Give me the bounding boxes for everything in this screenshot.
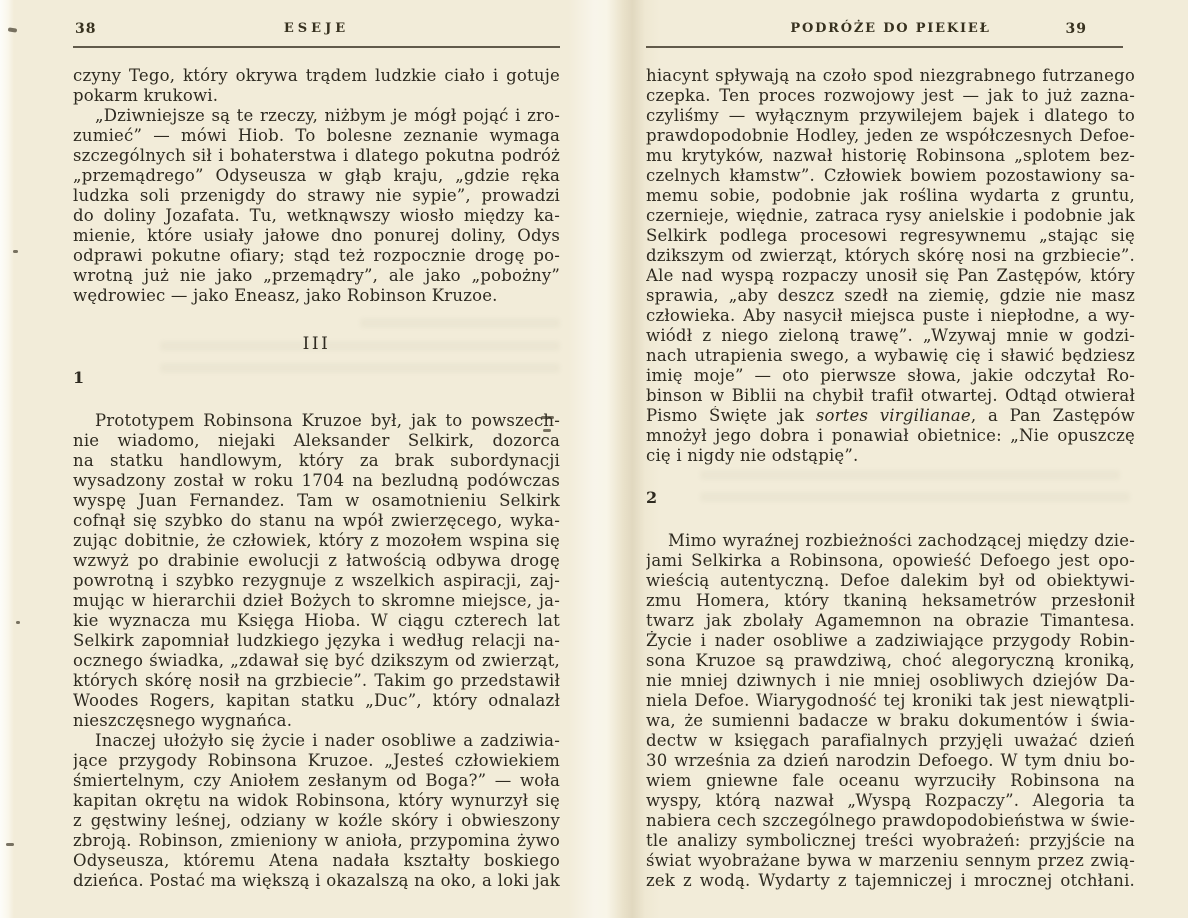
text-line: Selkirk zapomniał ludzkiego języka i wed… (73, 631, 560, 651)
header-rule-left (73, 46, 560, 48)
text-line: hiacynt spływają na czoło spod niezgrabn… (646, 66, 1135, 86)
text-line: cofnął się szybko do stanu na wpół zwier… (73, 511, 560, 531)
text-line: Ale nad wyspą rozpaczy unosił się Pan Za… (646, 266, 1135, 286)
text-line: binson w Biblii na chybił trafił otwarte… (646, 386, 1135, 406)
text-line: Prototypem Robinsona Kruzoe był, jak to … (73, 411, 560, 431)
text-line: świat wyobrażane bywa w marzeniu sennym … (646, 851, 1135, 871)
text-line: nie mniej dziwnych i nie mniej osobliwyc… (646, 671, 1135, 691)
text-line: sprawia, „aby deszcz szedł na ziemię, gd… (646, 286, 1135, 306)
running-header-left: 38 ESEJE (73, 21, 560, 43)
running-head-right: PODRÓŻE DO PIEKIEŁ (646, 21, 1135, 36)
text-line: Życie i nader osobliwe a zadziwiające pr… (646, 631, 1135, 651)
text-line: prawdopodobnie Hodley, jeden ze współcze… (646, 126, 1135, 146)
scan-speck (6, 843, 14, 846)
text-line: mienie, które usiały jałowe dno ponurej … (73, 226, 560, 246)
text-line: powrotną i szybko rezygnuje z wszelkich … (73, 571, 560, 591)
text-line: sona Kruzoe są prawdziwą, choć alegorycz… (646, 651, 1135, 671)
text-line: cię i nigdy nie odstąpię”. (646, 446, 1135, 466)
text-line: czernieje, więdnie, zatraca rysy anielsk… (646, 206, 1135, 226)
text-line: nieszczęsnego wygnańca. (73, 711, 560, 731)
text-line: Selkirk podlega procesowi regresywnemu „… (646, 226, 1135, 246)
text-line: tle analizy symbolicznej treści wyobraże… (646, 831, 1135, 851)
page-39: PODRÓŻE DO PIEKIEŁ 39 hiacynt spływają n… (646, 0, 1135, 918)
text-line: dectw w księgach parafialnych przyjęli u… (646, 731, 1135, 751)
text-line: twarz jak zbolały Agamemnon na obrazie T… (646, 611, 1135, 631)
text-line: mu krytyków, nazwał historię Robinsona „… (646, 146, 1135, 166)
paragraph: Prototypem Robinsona Kruzoe był, jak to … (73, 411, 560, 731)
text-line: zek z wodą. Wydarty z tajemniczej i mroc… (646, 871, 1135, 891)
paragraph: „Dziwniejsze są te rzeczy, niżbym je móg… (73, 106, 560, 306)
scan-left-edge (0, 0, 14, 918)
text-line: wa, że sumienni badacze w braku dokument… (646, 711, 1135, 731)
text-line: niela Defoe. Wiarygodność tej kroniki ta… (646, 691, 1135, 711)
text-line: jami Selkirka a Robinsona, opowieść Defo… (646, 551, 1135, 571)
text-line: dzieńca. Postać ma większą i okazalszą n… (73, 871, 560, 891)
text-line: zbroją. Robinson, zmieniony w anioła, pr… (73, 831, 560, 851)
text-line: 30 września za dzień narodzin Defoego. W… (646, 751, 1135, 771)
text-line: nie wiadomo, niejaki Aleksander Selkirk,… (73, 431, 560, 451)
text-line: nach utrapienia swego, a wybawię cię i s… (646, 346, 1135, 366)
paragraph: czyny Tego, który okrywa trądem ludzkie … (73, 66, 560, 106)
subsection-number: 1 (73, 368, 560, 388)
text-line: wędrowiec — jako Eneasz, jako Robinson K… (73, 286, 560, 306)
book-spread: 38 ESEJE czyny Tego, który okrywa trądem… (0, 0, 1188, 918)
text-line: szczególnych sił i bohaterstwa i dlatego… (73, 146, 560, 166)
text-line: do doliny Jozafata. Tu, wetknąwszy wiosł… (73, 206, 560, 226)
paragraph: Mimo wyraźnej rozbieżności zachodzącej m… (646, 531, 1135, 891)
text-line: kie wyznacza mu Księga Hioba. W ciągu cz… (73, 611, 560, 631)
page-body-left: czyny Tego, który okrywa trądem ludzkie … (73, 66, 560, 891)
section-heading: III (73, 334, 560, 354)
scan-speck (16, 621, 20, 624)
page-number-right: 39 (1066, 21, 1087, 37)
text-line: Odyseusza, któremu Atena nadała kształty… (73, 851, 560, 871)
text-line: jące przygody Robinsona Kruzoe. „Jesteś … (73, 751, 560, 771)
text-line: „przemądrego” Odyseusza w głąb kraju, „g… (73, 166, 560, 186)
text-line: Mimo wyraźnej rozbieżności zachodzącej m… (646, 531, 1135, 551)
running-header-right: PODRÓŻE DO PIEKIEŁ 39 (646, 21, 1135, 43)
text-line: wysadzony został w roku 1704 na bezludną… (73, 471, 560, 491)
text-line: zując dobitnie, że człowiek, który z moz… (73, 531, 560, 551)
text-line: ocznego świadka, „zdawał się być dzikszy… (73, 651, 560, 671)
text-line: Woodes Rogers, kapitan statku „Duc”, któ… (73, 691, 560, 711)
text-line: dzikszym od zwierząt, których skórę nosi… (646, 246, 1135, 266)
page-38: 38 ESEJE czyny Tego, który okrywa trądem… (73, 0, 560, 918)
subsection-number: 2 (646, 488, 1135, 508)
text-line: kapitan okrętu na widok Robinsona, który… (73, 791, 560, 811)
scan-speck (13, 250, 18, 253)
text-line: Pismo Święte jak sortes virgilianae, a P… (646, 406, 1135, 426)
text-line: imię moje” — oto pierwsze słowa, jakie o… (646, 366, 1135, 386)
text-line: wzwyż po drabinie ewolucji z łatwością o… (73, 551, 560, 571)
text-line: wyspę Juan Fernandez. Tam w osamotnieniu… (73, 491, 560, 511)
text-line: wyspy, którą nazwał „Wyspą Rozpaczy”. Al… (646, 791, 1135, 811)
text-line: pokarm krukowi. (73, 86, 560, 106)
page-number-left: 38 (75, 21, 96, 37)
text-line: wrotną już nie jako „przemądry”, ale jak… (73, 266, 560, 286)
text-line: wiódł z niego zieloną trawę”. „Wzywaj mn… (646, 326, 1135, 346)
text-line: człowieka. Aby nasycił miejsca puste i n… (646, 306, 1135, 326)
text-line: nabiera cech szczególnego prawdopodobień… (646, 811, 1135, 831)
text-line: których skórę nosił na grzbiecie”. Takim… (73, 671, 560, 691)
text-line: ludzka soli przenigdy do strawy nie sypi… (73, 186, 560, 206)
text-line: czyliśmy — wyłącznym przywilejem bajek i… (646, 106, 1135, 126)
text-line: czepka. Ten proces rozwojowy jest — jak … (646, 86, 1135, 106)
text-line: „Dziwniejsze są te rzeczy, niżbym je móg… (73, 106, 560, 126)
text-line: śmiertelnym, czy Aniołem zesłanym od Bog… (73, 771, 560, 791)
text-line: wieścią autentyczną. Defoe dalekim był o… (646, 571, 1135, 591)
text-line: mnożył jego dobra i ponawiał obietnice: … (646, 426, 1135, 446)
text-line: Inaczej ułożyło się życie i nader osobli… (73, 731, 560, 751)
paragraph: Inaczej ułożyło się życie i nader osobli… (73, 731, 560, 891)
paragraph: hiacynt spływają na czoło spod niezgrabn… (646, 66, 1135, 466)
italic-phrase: sortes virgilianae (816, 406, 971, 425)
text-line: na statku handlowym, który za brak subor… (73, 451, 560, 471)
text-line: zumieć” — mówi Hiob. To bolesne zeznanie… (73, 126, 560, 146)
text-line: wiem gniewne fale oceanu wyrzuciły Robin… (646, 771, 1135, 791)
text-line: mując w hierarchii dzieł Bożych to skrom… (73, 591, 560, 611)
text-line: z gęstwiny leśnej, odziany w koźle skóry… (73, 811, 560, 831)
page-body-right: hiacynt spływają na czoło spod niezgrabn… (646, 66, 1135, 891)
text-line: czelnych kłamstw”. Człowiek bowiem pozos… (646, 166, 1135, 186)
text-line: czyny Tego, który okrywa trądem ludzkie … (73, 66, 560, 86)
running-head-left: ESEJE (73, 21, 560, 36)
text-line: zmu Homera, który tkaniną heksametrów pr… (646, 591, 1135, 611)
text-line: memu sobie, podobnie jak roślina wydarta… (646, 186, 1135, 206)
text-line: odprawi pokutne ofiary; stąd też rozpocz… (73, 246, 560, 266)
header-rule-right (646, 46, 1123, 48)
